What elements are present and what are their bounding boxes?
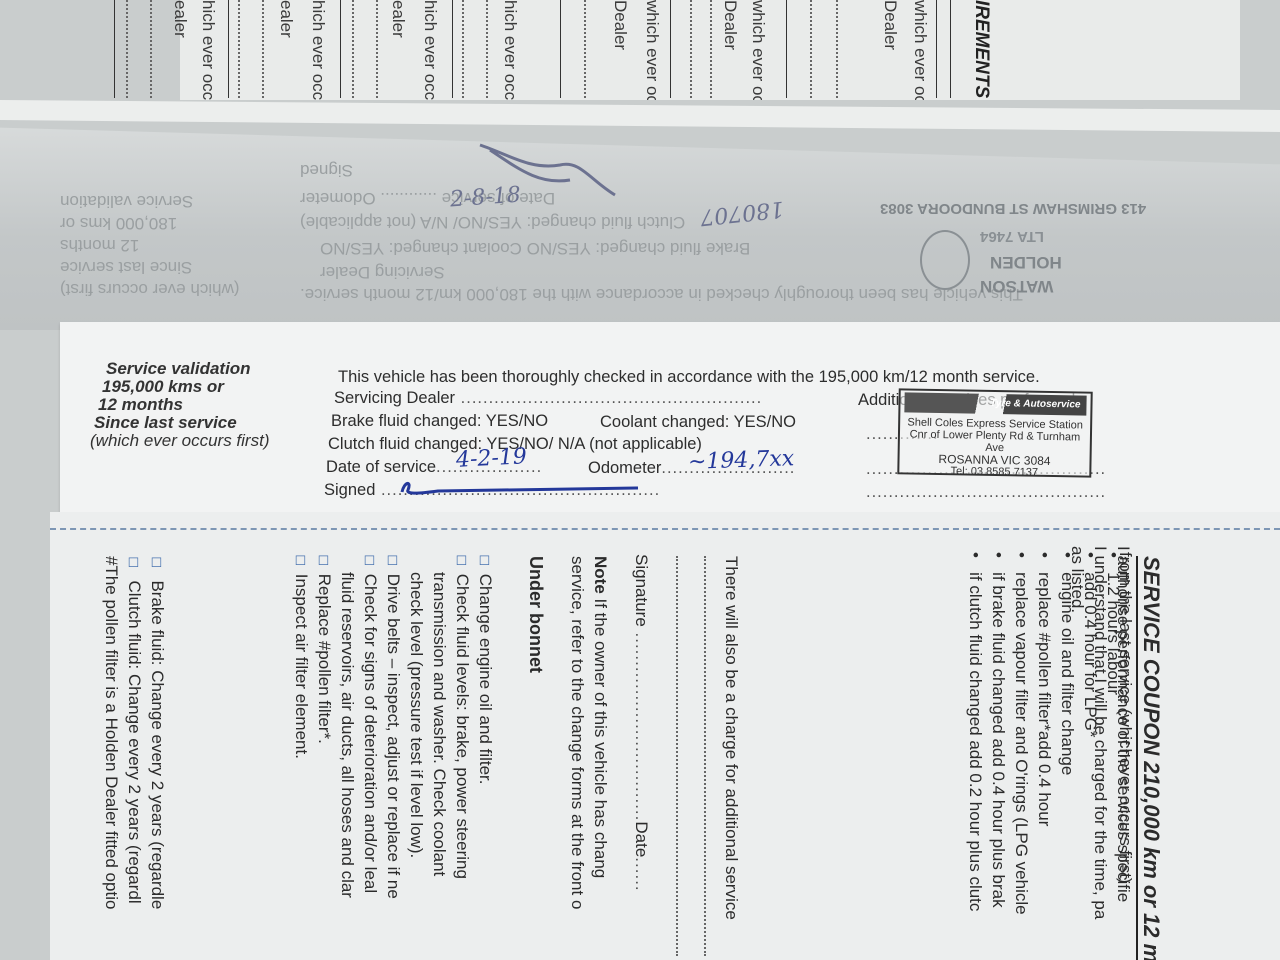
folded-back-page: (which ever occurs first) Since last ser… bbox=[0, 100, 1280, 330]
mirrored-stamp-watson: WATSON bbox=[980, 276, 1053, 296]
checklist-item[interactable]: ☐ Check for signs of deterioration and/o… bbox=[359, 554, 382, 899]
column-rule bbox=[228, 0, 229, 98]
validation-intro: This vehicle has been thoroughly checked… bbox=[338, 368, 1040, 387]
mirrored-left-label: (which ever occurs first) Since last ser… bbox=[60, 190, 239, 300]
column-text: Dealer bbox=[880, 0, 900, 100]
column-text: which ever occ bbox=[910, 0, 930, 100]
additional-services-dotted-line-2[interactable] bbox=[676, 556, 678, 956]
dotted-line bbox=[238, 0, 240, 98]
handwritten-odometer: ~194,7xx bbox=[688, 446, 795, 475]
dotted-line bbox=[262, 0, 264, 98]
checklist-item[interactable]: ☐ Check fluid levels: brake, power steer… bbox=[451, 554, 474, 899]
column-text: which ever occ bbox=[642, 0, 662, 100]
checkbox-icon[interactable]: ☐ bbox=[294, 554, 309, 569]
mirrored-signed: Signed bbox=[300, 160, 353, 180]
checkbox-icon[interactable]: ☐ bbox=[478, 554, 493, 569]
mirrored-clutch: Clutch fluid changed: YES/NO/ N/A (not a… bbox=[300, 212, 685, 232]
column-text: hich ever occ bbox=[198, 0, 218, 100]
checklist-item[interactable]: ☐ Replace #pollen filter*. bbox=[313, 554, 336, 899]
bullet-item: • replace vapour filter and O'rings (LPG… bbox=[1010, 552, 1033, 915]
checklist-item[interactable]: ☐ Change engine oil and filter. bbox=[474, 554, 497, 899]
column-rule bbox=[670, 0, 671, 98]
upper-page: ealer hich ever occ ealer hich ever occ … bbox=[180, 0, 1240, 100]
bullet-item: • replace #pollen filter*add 0.4 hour bbox=[1033, 552, 1056, 915]
dotted-line bbox=[150, 0, 152, 98]
servicing-dealer-field[interactable]: Servicing Dealer .......................… bbox=[334, 389, 762, 408]
bullet-item: • if clutch fluid changed add 0.2 hour p… bbox=[964, 552, 987, 915]
requirements-heading: IREMENTS bbox=[970, 0, 992, 100]
handwritten-signature bbox=[398, 474, 658, 500]
under-bonnet-checklist: ☐ Change engine oil and filter. ☐ Check … bbox=[290, 554, 497, 899]
brake-fluid-field[interactable]: Brake fluid changed: YES/NO bbox=[331, 412, 548, 431]
checklist-item[interactable]: ☐ Drive belts – inspect, adjust or repla… bbox=[382, 554, 405, 899]
signature-date-field[interactable]: Signature ..............................… bbox=[630, 554, 653, 892]
dotted-line bbox=[126, 0, 128, 98]
column-text: Dealer bbox=[610, 0, 630, 100]
column-rule bbox=[340, 0, 341, 98]
checkbox-icon[interactable]: ☐ bbox=[363, 554, 378, 569]
dotted-line bbox=[690, 0, 692, 98]
column-text: ealer bbox=[388, 0, 408, 100]
service-validation-label: Service validation 195,000 kms or 12 mon… bbox=[90, 360, 269, 450]
column-rule bbox=[452, 0, 453, 98]
labour-bullets: • 1.2 hours labour • add 0.4 hour for LP… bbox=[964, 552, 1125, 915]
column-rule bbox=[114, 0, 115, 98]
holden-lion-logo-icon bbox=[920, 230, 970, 290]
bullet-item: • if brake fluid changed add 0.4 hour pl… bbox=[987, 552, 1010, 915]
bullet-item: • engine oil and filter change bbox=[1056, 552, 1079, 915]
additional-services-line-3[interactable]: ........................................… bbox=[866, 483, 1106, 502]
dotted-line bbox=[836, 0, 838, 98]
mirrored-stamp-code: LTA 7464 bbox=[980, 228, 1044, 245]
column-text: which ever occ bbox=[748, 0, 768, 100]
additional-services-dotted-line[interactable] bbox=[704, 556, 706, 956]
mirrored-dealer: Servicing Dealer bbox=[320, 262, 445, 282]
column-text: hich ever occu bbox=[500, 0, 520, 100]
dotted-line bbox=[710, 0, 712, 98]
bullet-item: • add 0.4 hour for LPG* bbox=[1079, 552, 1102, 915]
checklist-item[interactable]: ☐ Inspect air filter element. bbox=[290, 554, 313, 899]
additional-charge-text: There will also be a charge for addition… bbox=[720, 556, 743, 920]
column-text: ealer bbox=[170, 0, 190, 100]
dotted-line bbox=[486, 0, 488, 98]
bullet-item: • 1.2 hours labour bbox=[1102, 552, 1125, 915]
mirrored-handwritten-odometer: 180707 bbox=[699, 196, 785, 230]
coupon-title: SERVICE COUPON 210,000 km or 12 m bbox=[1136, 556, 1163, 960]
column-rule bbox=[950, 0, 951, 98]
column-text: hich ever occu bbox=[420, 0, 440, 100]
column-rule bbox=[560, 0, 561, 98]
fluid-change-items: ☐ Brake fluid: Change every 2 years (reg… bbox=[100, 556, 169, 909]
column-rule bbox=[936, 0, 937, 98]
mirrored-intro: This vehicle has been thoroughly checked… bbox=[300, 284, 1023, 304]
dotted-line bbox=[584, 0, 586, 98]
mirrored-stamp-address: 413 GRIMSHAW ST BUNDOORA 3083 bbox=[880, 200, 1146, 217]
dotted-line bbox=[376, 0, 378, 98]
tear-line bbox=[50, 528, 1280, 530]
mirrored-stamp-holden: HOLDEN bbox=[990, 252, 1062, 272]
coolant-field[interactable]: Coolant changed: YES/NO bbox=[600, 413, 796, 432]
under-bonnet-heading: Under bonnet bbox=[524, 556, 547, 673]
dotted-line bbox=[352, 0, 354, 98]
checkbox-icon[interactable]: ☐ bbox=[150, 556, 165, 571]
checkbox-icon[interactable]: ☐ bbox=[127, 556, 142, 571]
column-rule bbox=[786, 0, 787, 98]
column-text: Dealer bbox=[720, 0, 740, 100]
column-text: ealer bbox=[276, 0, 296, 100]
column-text: hich ever occ bbox=[308, 0, 328, 100]
pollen-filter-footnote: #The pollen filter is a Holden Dealer fi… bbox=[100, 556, 123, 909]
mirrored-signature-scribble bbox=[470, 140, 620, 200]
tyre-autoservice-logo-icon: Tyre & Autoservice bbox=[904, 392, 1086, 415]
handwritten-date: 4-2-19 bbox=[455, 444, 527, 473]
dealer-stamp: Tyre & Autoservice Shell Coles Express S… bbox=[897, 388, 1092, 477]
note-text: Note If the owner of this vehicle has ch… bbox=[566, 556, 612, 909]
dotted-line bbox=[810, 0, 812, 98]
checkbox-icon[interactable]: ☐ bbox=[317, 554, 332, 569]
checklist-item[interactable]: ☐ Brake fluid: Change every 2 years (reg… bbox=[146, 556, 169, 909]
checkbox-icon[interactable]: ☐ bbox=[386, 554, 401, 569]
dotted-line bbox=[462, 0, 464, 98]
checklist-item[interactable]: ☐ Clutch fluid: Change every 2 years (re… bbox=[123, 556, 146, 909]
mirrored-brake: Brake fluid changed: YES/NO Coolant chan… bbox=[320, 238, 750, 258]
checkbox-icon[interactable]: ☐ bbox=[455, 554, 470, 569]
